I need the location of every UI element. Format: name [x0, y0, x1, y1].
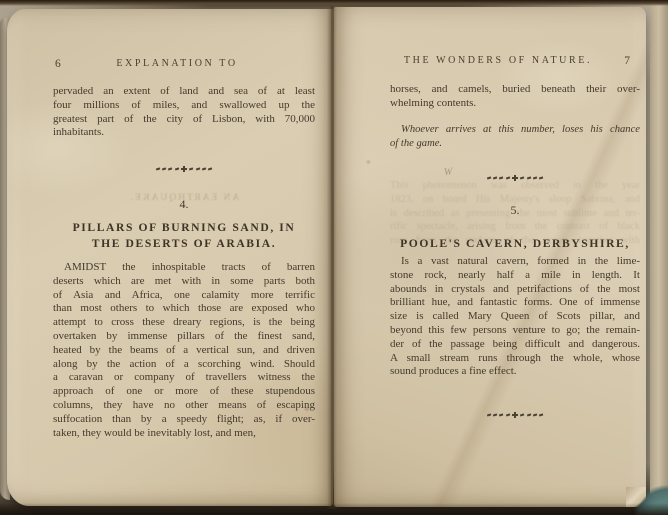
right-running-header-row: THE WONDERS OF NATURE. 7 — [390, 55, 640, 69]
text-line: Is a vast natural cavern, formed in the … — [390, 255, 640, 269]
text-line: size is called Mary Queen of Scots pilla… — [390, 310, 640, 324]
right-paragraph-cavern: Is a vast natural cavern, formed in the … — [390, 255, 640, 379]
text-line: greatest part of the city of Lisbon, wit… — [53, 113, 315, 127]
book-gutter-fold — [327, 6, 337, 509]
text-line: rific spectacle, arising from the contra… — [390, 220, 640, 234]
text-line: of the game. — [390, 137, 640, 151]
separator-ornament — [390, 411, 640, 419]
right-page-edges — [650, 4, 668, 508]
right-page: THE WONDERS OF NATURE. 7 horses, and cam… — [334, 7, 646, 507]
right-page-number: 7 — [624, 55, 630, 67]
left-running-header: EXPLANATION TO — [53, 58, 315, 69]
text-line: whelming contents. — [390, 97, 640, 111]
text-line: a caravan or company of travellers witne… — [53, 371, 315, 385]
heading-line: THE DESERTS OF ARABIA. — [53, 236, 315, 252]
text-line: than most others to which those are expo… — [53, 302, 315, 316]
left-paragraph-earthquake-end: pervaded an extent of land and sea of at… — [53, 85, 315, 140]
right-page-text-column: THE WONDERS OF NATURE. 7 horses, and cam… — [390, 7, 640, 507]
left-page-text-column: 6 EXPLANATION TO pervaded an extent of l… — [53, 9, 315, 506]
left-page-number: 6 — [55, 58, 61, 70]
text-line: deserts which are met with in some parts… — [53, 275, 315, 289]
text-line: brilliant hue, and fantastic forms. One … — [390, 296, 640, 310]
text-line: pervaded an extent of land and sea of at… — [53, 85, 315, 99]
left-page: 6 EXPLANATION TO pervaded an extent of l… — [7, 9, 333, 506]
open-book-photo: 6 EXPLANATION TO pervaded an extent of l… — [0, 0, 668, 515]
text-line: AMIDST the inhospitable tracts of barren — [53, 261, 315, 275]
text-line: horses, and camels, buried beneath their… — [390, 83, 640, 97]
game-note-italic: Whoever arrives at this number, loses hi… — [390, 123, 640, 151]
text-line: stone rock, nearly half a mile in length… — [390, 269, 640, 283]
text-line: heated by the beams of a vertical sun, a… — [53, 344, 315, 358]
text-line: attempt to cross these dreary regions, i… — [53, 316, 315, 330]
text-line: inhabitants. — [53, 126, 315, 140]
right-running-header: THE WONDERS OF NATURE. — [390, 55, 640, 66]
text-line: beyond this few persons venture to go; t… — [390, 324, 640, 338]
text-line: columns, they have no other means of esc… — [53, 399, 315, 413]
separator-ornament — [390, 174, 640, 182]
text-line: of Asia and Africa, one calamity more te… — [53, 289, 315, 303]
book-top-edge — [0, 0, 668, 6]
text-line: sound produces a fine effect. — [390, 365, 640, 379]
text-line: A small stream runs through the whole, w… — [390, 352, 640, 366]
section-number-5: 5. — [390, 203, 640, 218]
text-line: four millions of miles, and swallowed up… — [53, 99, 315, 113]
right-paragraph-sand-end: horses, and camels, buried beneath their… — [390, 83, 640, 111]
left-paragraph-pillars: AMIDST the inhospitable tracts of barren… — [53, 261, 315, 440]
text-line: Whoever arrives at this number, loses hi… — [390, 123, 640, 137]
heading-line: PILLARS OF BURNING SAND, IN — [53, 220, 315, 236]
heading-pillars-of-burning-sand: PILLARS OF BURNING SAND, IN THE DESERTS … — [53, 220, 315, 251]
heading-pooles-cavern: POOLE'S CAVERN, DERBYSHIRE, — [390, 236, 640, 252]
text-line: approach of one or more of these stupend… — [53, 385, 315, 399]
left-running-header-row: 6 EXPLANATION TO — [53, 58, 315, 72]
text-line: overtaken by immense pillars of the fine… — [53, 330, 315, 344]
text-line: along by the action of a scorching wind.… — [53, 358, 315, 372]
text-line: suffocation than by a speedy flight; as,… — [53, 413, 315, 427]
text-line: abounds in crystals and petrifactions of… — [390, 283, 640, 297]
text-line: der of the passage being difficult and d… — [390, 338, 640, 352]
section-number-4: 4. — [53, 197, 315, 212]
separator-ornament — [53, 165, 315, 173]
text-line: taken, they would be inevitably lost, an… — [53, 427, 315, 441]
